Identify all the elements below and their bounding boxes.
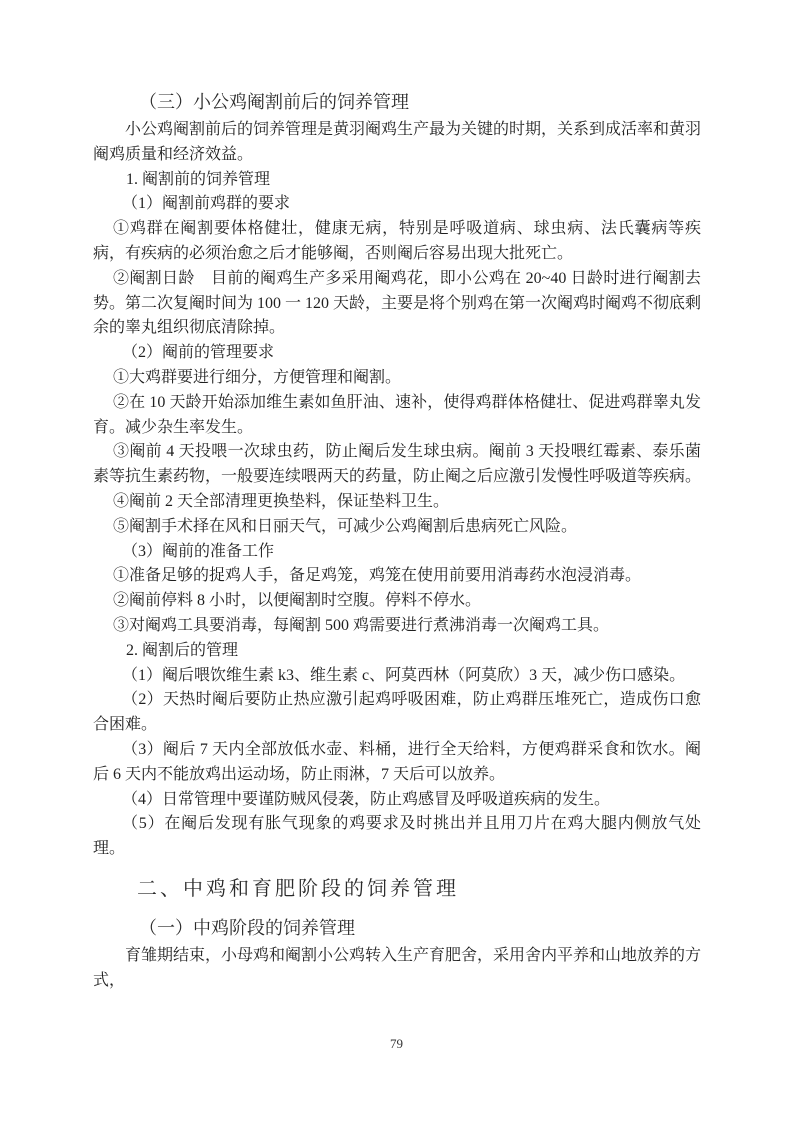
post-castration-item: （1）阉后喂饮维生素 k3、维生素 c、阿莫西林（阿莫欣）3 天，减少伤口感染。 [93,664,701,689]
page-number: 79 [0,1036,793,1052]
flock-requirements-item: ①鸡群在阉割要体格健壮，健康无病，特别是呼吸道病、球虫病、法氏囊病等疾病，有疾病… [93,217,701,267]
subsection-a-heading: （一）中鸡阶段的饲养管理 [93,914,701,942]
pre-castration-heading: 1. 阉割前的饲养管理 [93,168,701,193]
post-castration-heading: 2. 阉割后的管理 [93,639,701,664]
preparation-item: ②阉前停料 8 小时，以便阉割时空腹。停料不停水。 [93,589,701,614]
flock-requirements-heading: （1）阉割前鸡群的要求 [93,192,701,217]
document-page: （三）小公鸡阉割前后的饲养管理 小公鸡阉割前后的饲养管理是黄羽阉鸡生产最为关键的… [0,0,793,1122]
preparation-item: ③对阉鸡工具要消毒，每阉割 500 鸡需要进行煮沸消毒一次阉鸡工具。 [93,614,701,639]
section-two-heading: 二、中鸡和育肥阶段的饲养管理 [93,875,701,904]
flock-requirements-item: ②阉割日龄 目前的阉鸡生产多采用阉鸡花，即小公鸡在 20~40 日龄时进行阉割去… [93,267,701,341]
management-requirements-heading: （2）阉前的管理要求 [93,341,701,366]
post-castration-item: （3）阉后 7 天内全部放低水壶、料桶，进行全天给料，方便鸡群采食和饮水。阉后 … [93,738,701,788]
post-castration-item: （4）日常管理中要谨防贼风侵袭，防止鸡感冒及呼吸道疾病的发生。 [93,788,701,813]
management-requirements-item: ④阉前 2 天全部清理更换垫料，保证垫料卫生。 [93,490,701,515]
management-requirements-item: ⑤阉割手术择在风和日丽天气，可减少公鸡阉割后患病死亡风险。 [93,515,701,540]
section-c-heading: （三）小公鸡阉割前后的饲养管理 [93,88,701,116]
preparation-heading: （3）阉前的准备工作 [93,540,701,565]
section-c-intro: 小公鸡阉割前后的饲养管理是黄羽阉鸡生产最为关键的时期，关系到成活率和黄羽阉鸡质量… [93,118,701,168]
post-castration-item: （2）天热时阉后要防止热应激引起鸡呼吸困难，防止鸡群压堆死亡，造成伤口愈合困难。 [93,688,701,738]
management-requirements-item: ①大鸡群要进行细分，方便管理和阉割。 [93,366,701,391]
subsection-a-intro: 育雏期结束，小母鸡和阉割小公鸡转入生产育肥舍，采用舍内平养和山地放养的方式， [93,944,701,994]
management-requirements-item: ②在 10 天龄开始添加维生素如鱼肝油、速补，使得鸡群体格健壮、促进鸡群睾丸发育… [93,391,701,441]
management-requirements-item: ③阉前 4 天投喂一次球虫药，防止阉后发生球虫病。阉前 3 天投喂红霉素、泰乐菌… [93,440,701,490]
post-castration-item: （5）在阉后发现有胀气现象的鸡要求及时挑出并且用刀片在鸡大腿内侧放气处理。 [93,812,701,862]
preparation-item: ①准备足够的捉鸡人手，备足鸡笼，鸡笼在使用前要用消毒药水泡浸消毒。 [93,564,701,589]
